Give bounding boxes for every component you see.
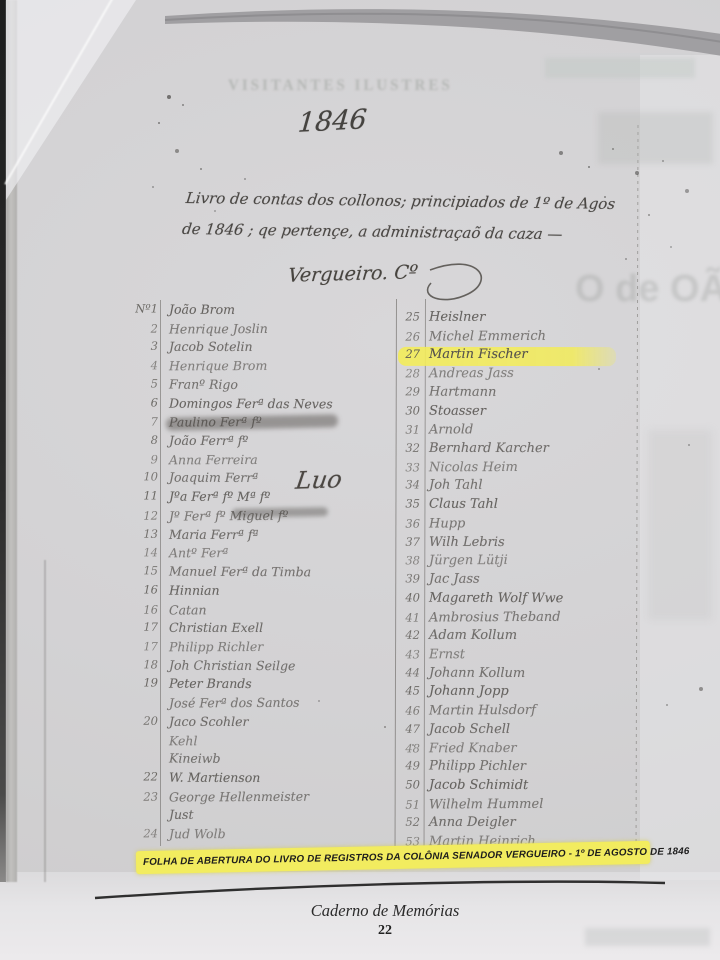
row-name: Johann Kollum — [429, 665, 525, 681]
row-name: Wilh Lebris — [429, 534, 505, 549]
row-name: Jürgen Lütji — [429, 553, 508, 568]
register-row: 18 Joh Christian Seilge — [130, 657, 382, 677]
row-number: 26 — [398, 329, 429, 343]
row-number: 24 — [130, 826, 169, 840]
register-row: 51 Wilhelm Hummel — [398, 796, 636, 816]
register-row: Kineiwb — [130, 751, 382, 771]
row-number: 29 — [398, 384, 429, 398]
handwriting-overlay: Luo — [294, 465, 344, 495]
register-row: 38 Jürgen Lütji — [398, 553, 636, 573]
row-name: Catan — [169, 602, 207, 617]
register-row: 2 Henrique Joslin — [130, 320, 382, 340]
intro-handwritten: Livro de contas dos collonos; principiad… — [180, 183, 627, 251]
row-name: João Ferrª fº — [169, 433, 248, 448]
row-name: Heislner — [429, 310, 485, 325]
register-row: 29 Hartmann — [398, 384, 636, 404]
register-row: 22 W. Martienson — [130, 769, 382, 789]
register-row: 46 Martin Hulsdorf — [398, 702, 636, 722]
row-number: 49 — [398, 759, 429, 773]
row-number: 28 — [398, 366, 429, 380]
row-name: Stoasser — [429, 403, 486, 418]
register-row: 44 Johann Kollum — [398, 665, 636, 685]
row-name: Kineiwb — [169, 751, 221, 766]
row-name: Wilhelm Hummel — [429, 797, 543, 813]
row-name: José Ferª dos Santos — [169, 695, 300, 711]
paper-crease-highlight — [6, 0, 136, 200]
row-name: Jacob Schimidt — [429, 778, 528, 793]
row-name: Christian Exell — [169, 620, 263, 635]
row-name: George Hellenmeister — [169, 788, 309, 804]
row-number: 2 — [130, 321, 169, 335]
top-shadow-band — [165, 9, 720, 56]
register-row: 6 Domingos Ferª das Neves — [130, 395, 382, 415]
register-row: 23 George Hellenmeister — [130, 788, 382, 808]
page-fold-dotted-line — [636, 125, 638, 862]
ink-speckles — [0, 0, 2, 2]
register-row: Kehl — [130, 732, 382, 752]
row-number: 37 — [398, 534, 429, 548]
row-name: Philipp Pichler — [429, 759, 526, 775]
register-row: 9 Anna Ferreira — [130, 451, 382, 471]
row-name: Maria Ferrª fª — [169, 526, 258, 541]
register-row: 50 Jacob Schimidt — [398, 777, 636, 797]
register-row: 43 Ernst — [398, 647, 636, 667]
row-number: 41 — [398, 610, 429, 624]
row-number: 11 — [130, 489, 169, 503]
register-row: 17 Philipp Richler — [130, 638, 382, 658]
row-number: 47 — [398, 722, 429, 736]
row-name: Bernhard Karcher — [429, 441, 549, 456]
register-row: 37 Wilh Lebris — [398, 534, 636, 553]
row-name: Joaquim Ferrª — [169, 470, 258, 485]
register-row: 40 Magareth Wolf Wwe — [398, 590, 636, 610]
scanned-register-page: VISITANTES ILUSTRES O de OÃC 1846 Livro … — [0, 0, 720, 960]
register-row: 19 Peter Brands — [130, 676, 382, 696]
register-row: 47 Jacob Schell — [398, 722, 636, 741]
register-row: 35 Claus Tahl — [398, 497, 636, 517]
row-number: 33 — [398, 460, 429, 474]
row-name: Henrique Brom — [169, 358, 267, 373]
intro-line-2: de 1846 ; qe pertençe, a administraçaõ d… — [180, 214, 624, 251]
row-number: 50 — [398, 777, 429, 791]
register-row: José Ferª dos Santos — [130, 694, 382, 714]
row-number: 36 — [398, 516, 429, 530]
scan-fold-line — [44, 560, 46, 882]
row-number: 44 — [398, 665, 429, 679]
row-name: Jud Wolb — [169, 826, 226, 841]
register-row: 3 Jacob Sotelin — [130, 339, 382, 358]
row-number: 52 — [398, 815, 429, 829]
register-row: 4 Henrique Brom — [130, 358, 382, 378]
row-number: 5 — [130, 376, 169, 390]
row-number: 18 — [130, 657, 169, 671]
book-footer-title: Caderno de Memórias — [0, 901, 720, 921]
page-number: 22 — [0, 923, 720, 939]
register-row: 39 Jac Jass — [398, 571, 636, 591]
row-number: 39 — [398, 571, 429, 585]
row-number: 16 — [130, 602, 169, 616]
row-name: Jaco Scohler — [169, 714, 249, 729]
row-number: 31 — [398, 423, 429, 437]
row-name: Manuel Ferª da Timba — [169, 564, 311, 580]
ink-scribble — [232, 507, 328, 518]
row-number: 34 — [398, 478, 429, 492]
row-number: 8 — [130, 433, 169, 447]
row-name: Adam Kollum — [429, 628, 517, 643]
row-name: Jacob Schell — [429, 722, 510, 737]
row-name: Jac Jass — [429, 572, 480, 587]
row-number: 35 — [398, 497, 429, 511]
row-number: 42 — [398, 628, 429, 642]
register-row: 25 Heislner — [398, 309, 636, 329]
row-number: 23 — [130, 789, 169, 803]
row-number: 10 — [130, 470, 169, 484]
row-number: 30 — [398, 403, 429, 417]
row-number: 16 — [130, 582, 169, 596]
register-row: 49 Philipp Pichler — [398, 759, 636, 779]
ghost-block — [545, 58, 695, 78]
register-row: 34 Joh Tahl — [398, 478, 636, 498]
register-row: 32 Bernhard Karcher — [398, 441, 636, 460]
row-name: Domingos Ferª das Neves — [169, 395, 333, 411]
register-row: 14 Antº Ferª — [130, 545, 382, 565]
row-number: 25 — [398, 309, 429, 323]
register-row: 36 Hupp — [398, 515, 636, 535]
register-row: 33 Nicolas Heim — [398, 459, 636, 479]
row-number: 9 — [130, 452, 169, 466]
row-number: 4 — [130, 358, 169, 372]
row-number: 27 — [398, 347, 429, 361]
register-row: 16 Catan — [130, 601, 382, 621]
ghost-header-text: VISITANTES ILUSTRES — [228, 78, 528, 96]
register-row: 5 Franº Rigo — [130, 376, 382, 396]
ghost-block — [648, 430, 712, 620]
row-number: 17 — [130, 639, 169, 653]
row-number: Nº1 — [130, 301, 169, 315]
register-row: 16 Hinnian — [130, 582, 382, 602]
row-name: Anna Deigler — [429, 815, 516, 830]
row-name: Kehl — [169, 733, 198, 748]
row-name: Claus Tahl — [429, 497, 498, 512]
register-row: 27 Martin Fischer — [398, 347, 616, 366]
row-number: 40 — [398, 590, 429, 604]
row-name: João Brom — [169, 302, 235, 317]
row-number: 14 — [130, 546, 169, 560]
row-name: Hupp — [429, 516, 465, 531]
year-handwritten: 1846 — [297, 104, 368, 139]
ghost-side-text: O de OÃC — [575, 268, 720, 311]
register-row: 45 Johann Jopp — [398, 684, 636, 704]
register-row: 13 Maria Ferrª fª — [130, 526, 382, 545]
register-row: 31 Arnold — [398, 422, 636, 442]
row-name: Martin Fischer — [429, 347, 528, 362]
row-name: Jºa Ferª fº Mª fº — [169, 489, 270, 504]
list-title-handwritten: Vergueiro. Cº — [287, 261, 419, 286]
row-number: 46 — [398, 704, 429, 718]
row-name: Henrique Joslin — [169, 321, 268, 337]
row-name: Johann Jopp — [429, 684, 509, 699]
register-row: 8 João Ferrª fº — [130, 433, 382, 452]
register-row: 28 Andreas Jass — [398, 366, 636, 386]
register-row: 20 Jaco Scohler — [130, 714, 382, 733]
caption-highlight-bar: FOLHA DE ABERTURA DO LIVRO DE REGISTROS … — [136, 841, 650, 874]
row-name: Magareth Wolf Wwe — [429, 590, 563, 606]
register-row: 15 Manuel Ferª da Timba — [130, 563, 382, 583]
row-number: 13 — [130, 526, 169, 540]
row-name: Philipp Richler — [169, 639, 263, 654]
register-row: 52 Anna Deigler — [398, 815, 636, 834]
row-name: Anna Ferreira — [169, 452, 258, 467]
row-number: 43 — [398, 647, 429, 661]
flourish-curl — [428, 264, 482, 299]
register-row: 10 Joaquim Ferrª — [130, 470, 382, 490]
right-column-rule-a — [395, 299, 397, 858]
register-row: 41 Ambrosius Theband — [398, 609, 636, 629]
row-number: 7 — [130, 415, 169, 429]
row-name: Franº Rigo — [169, 376, 238, 391]
register-row: Nº1 João Brom — [130, 301, 382, 321]
row-name: Andreas Jass — [429, 366, 514, 381]
row-name: Arnold — [429, 423, 473, 438]
register-row: 17 Christian Exell — [130, 620, 382, 639]
row-name: Antº Ferª — [169, 545, 228, 560]
row-name: W. Martienson — [169, 770, 260, 785]
row-number: 17 — [130, 620, 169, 634]
row-number: 19 — [130, 676, 169, 690]
row-name: Ernst — [429, 647, 465, 662]
row-number: 32 — [398, 441, 429, 455]
row-name: Peter Brands — [169, 676, 252, 691]
register-column-right: 25 Heislner 26 Michel Emmerich 27 Martin… — [398, 310, 636, 853]
register-row: 24 Jud Wolb — [130, 826, 382, 846]
row-name: Martin Hulsdorf — [429, 703, 536, 719]
row-name: Joh Tahl — [429, 478, 483, 493]
row-number: 20 — [130, 714, 169, 728]
row-name: Michel Emmerich — [429, 329, 546, 345]
row-number: 6 — [130, 395, 169, 409]
register-row: 26 Michel Emmerich — [398, 328, 636, 348]
row-name: Fried Knaber — [429, 741, 517, 756]
row-name: Ambrosius Theband — [429, 609, 561, 625]
register-row: 48 Fried Knaber — [398, 740, 636, 760]
row-name: Nicolas Heim — [429, 460, 518, 475]
row-number: 15 — [130, 563, 169, 577]
register-row: 42 Adam Kollum — [398, 628, 636, 647]
row-number: 12 — [130, 508, 169, 522]
register-row: 30 Stoasser — [398, 403, 636, 423]
ghost-block — [598, 112, 713, 164]
row-name: Just — [169, 807, 194, 822]
row-name: Hinnian — [169, 582, 220, 597]
row-name: Hartmann — [429, 384, 496, 399]
row-name: Joh Christian Seilge — [169, 657, 295, 673]
register-row: 11 Jºa Ferª fº Mª fº — [130, 489, 382, 509]
row-number: 48 — [398, 741, 429, 755]
row-number: 51 — [398, 797, 429, 811]
row-number: 45 — [398, 684, 429, 698]
row-number: 3 — [130, 339, 169, 353]
row-number: 38 — [398, 554, 429, 568]
row-number: 22 — [130, 769, 169, 783]
caption-text: FOLHA DE ABERTURA DO LIVRO DE REGISTROS … — [136, 846, 690, 868]
register-column-left: Nº1 João Brom 2 Henrique Joslin 3 Jacob … — [130, 302, 382, 845]
register-row: Just — [130, 807, 382, 826]
row-name: Jacob Sotelin — [169, 339, 253, 354]
